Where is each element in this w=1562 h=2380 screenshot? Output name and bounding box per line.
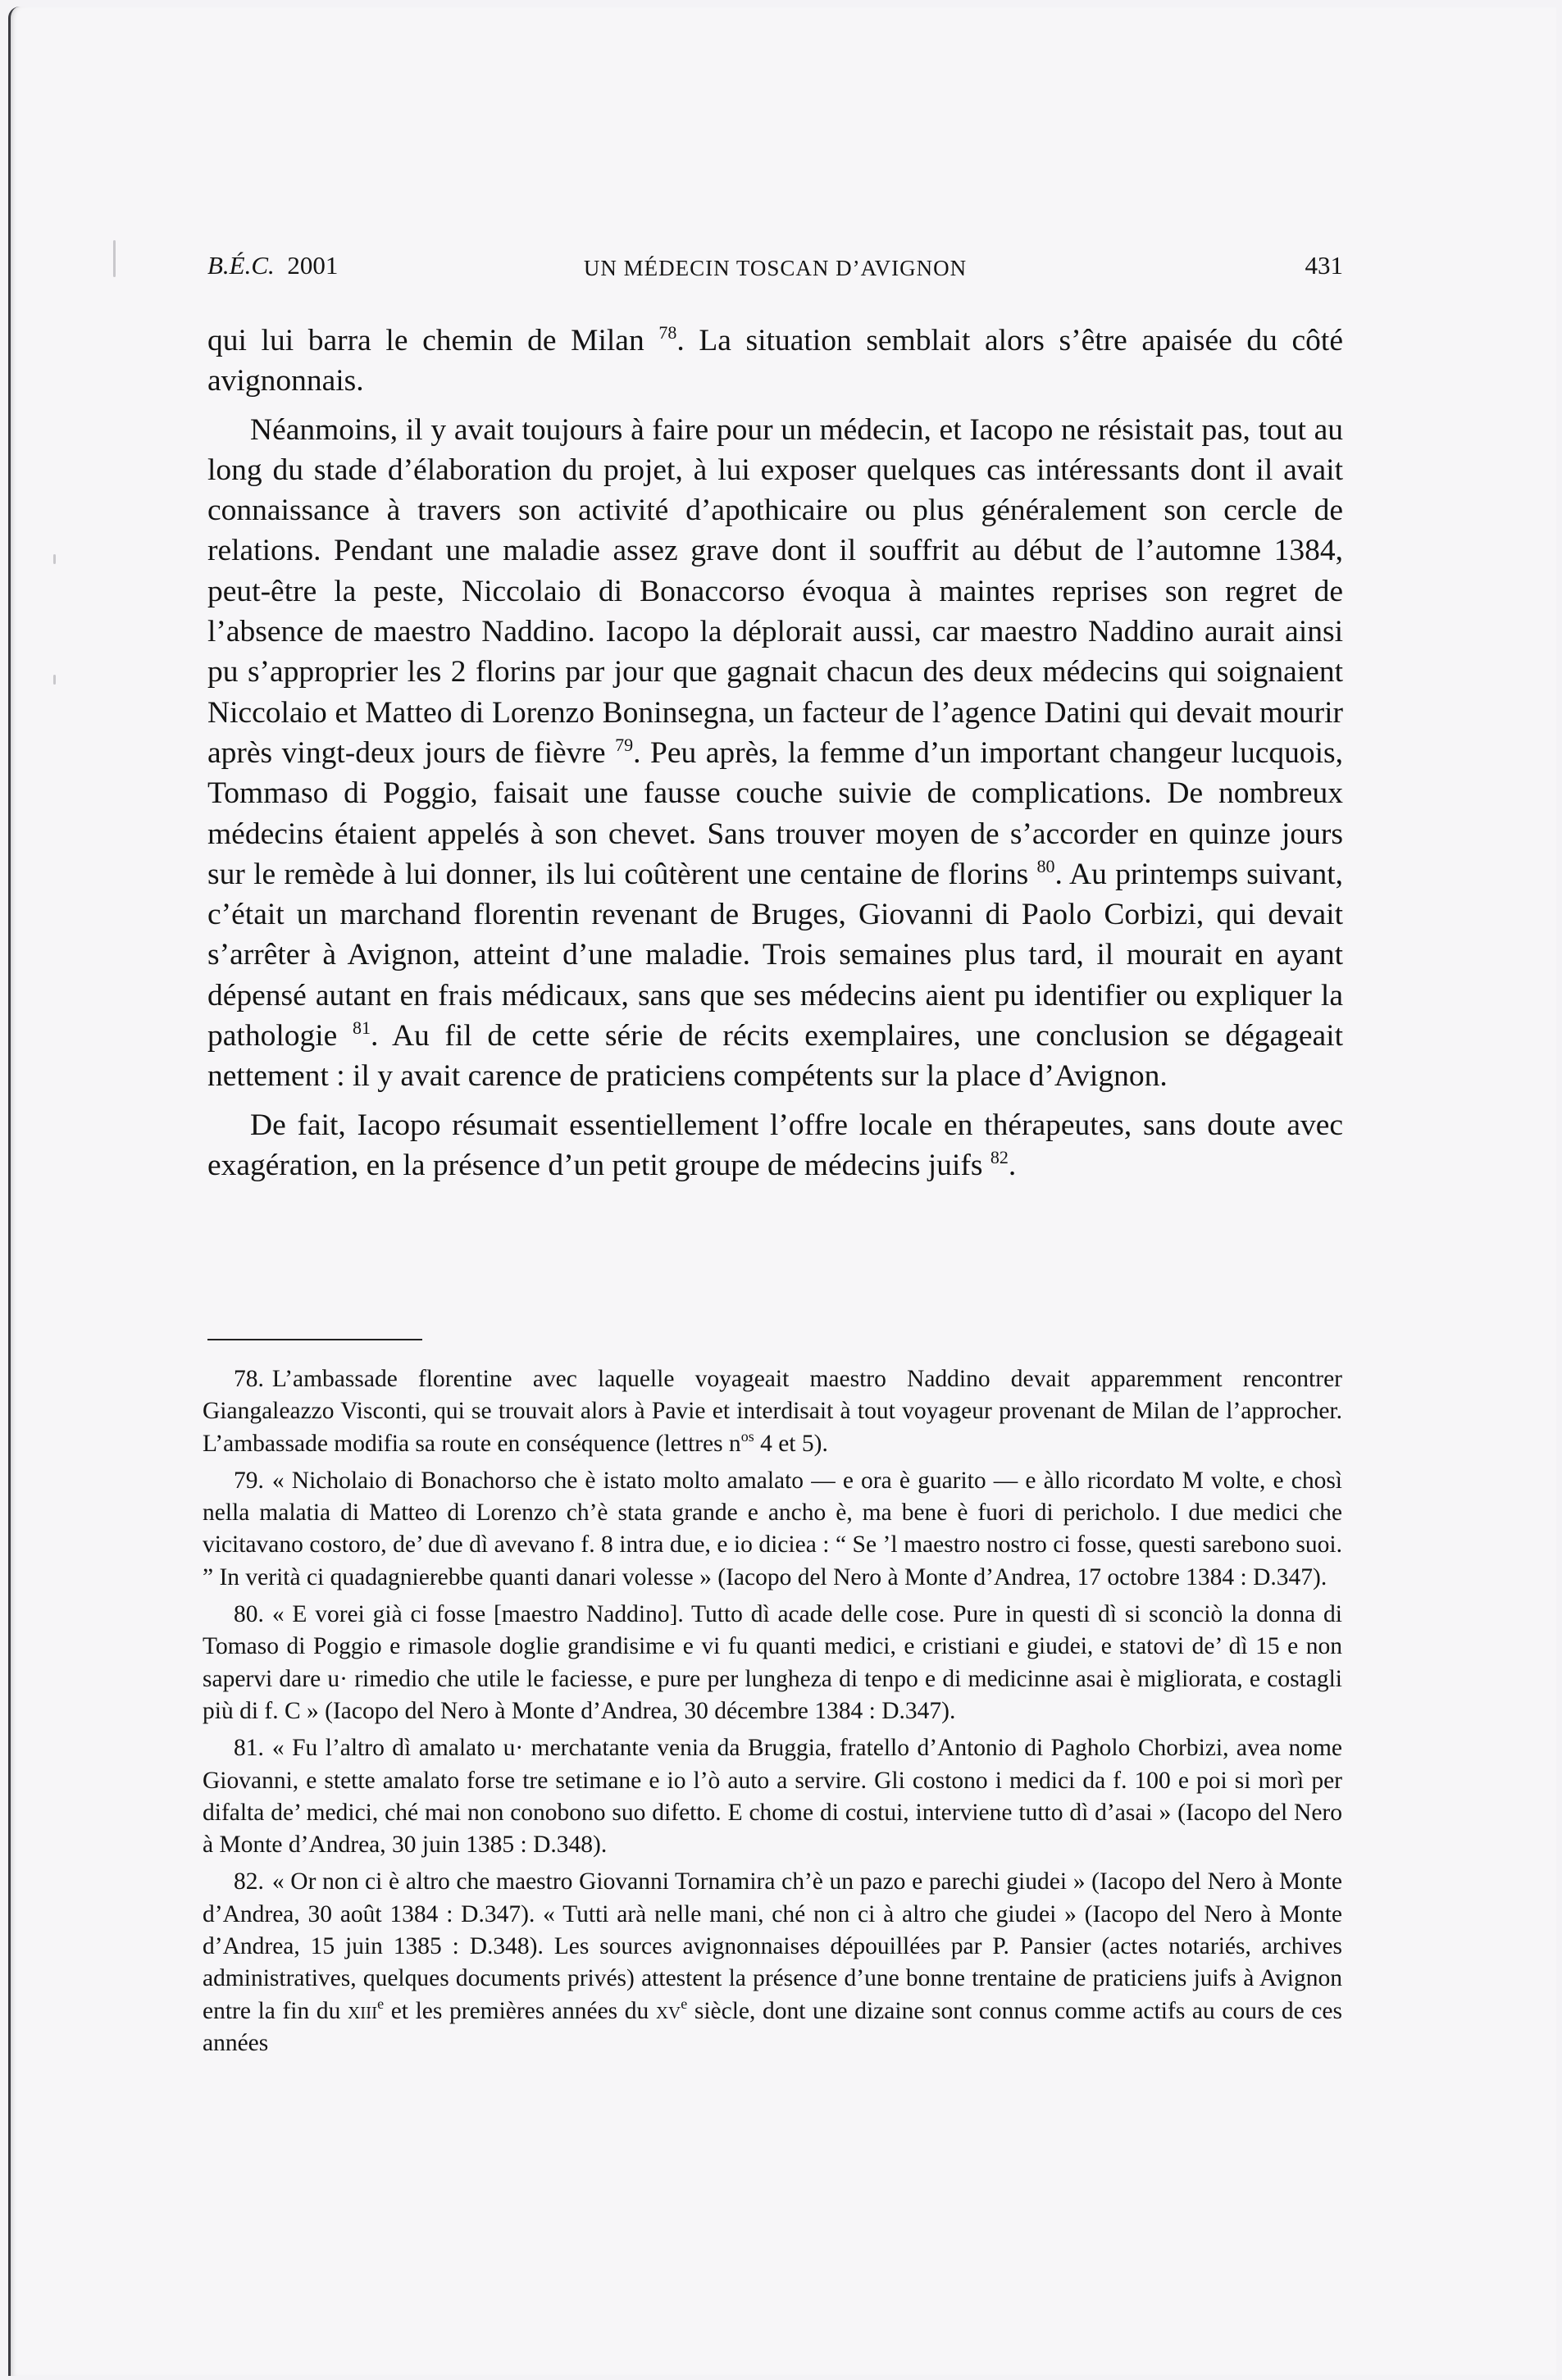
footnote-number: 82. [234, 1868, 264, 1895]
footnote-ref-78[interactable]: 78 [658, 322, 676, 343]
footnote-number: 81. [234, 1735, 264, 1761]
text-run: De fait, Iacopo résumait essentiellement… [207, 1108, 1343, 1182]
footnote-text: « Nicholaio di Bonachorso che è istato m… [203, 1468, 1342, 1590]
text-run: Néanmoins, il y avait toujours à faire p… [207, 413, 1343, 770]
footnote-number: 78. [234, 1366, 264, 1392]
century-numeral: xv [656, 1998, 681, 2024]
superscript: e [377, 1995, 384, 2012]
footnote-text: 4 et 5). [754, 1431, 828, 1457]
footnote-text: « Fu l’altro dì amalato u· merchatante v… [203, 1735, 1342, 1858]
margin-mark [113, 240, 116, 277]
century-numeral: xiii [348, 1998, 377, 2024]
footnote-79: 79.« Nicholaio di Bonachorso che è istat… [203, 1465, 1342, 1594]
main-text: qui lui barra le chemin de Milan 78. La … [207, 321, 1343, 1185]
footnote-text: et les premières années du [384, 1998, 656, 2024]
text-run: qui lui barra le chemin de Milan [207, 324, 658, 357]
footnote-ref-80[interactable]: 80 [1036, 856, 1054, 876]
footnote-ref-81[interactable]: 81 [353, 1017, 371, 1038]
paragraph-1: qui lui barra le chemin de Milan 78. La … [207, 321, 1343, 402]
footnote-ref-79[interactable]: 79 [615, 735, 633, 755]
text-run: . Au fil de cette série de récits exem­p… [207, 1019, 1343, 1093]
footnote-82: 82.« Or non ci è altro che maestro Giova… [203, 1866, 1342, 2059]
footnote-number: 79. [234, 1468, 264, 1494]
footnote-ref-82[interactable]: 82 [990, 1147, 1009, 1167]
footnotes: 78.L’ambassade florentine avec laquelle … [203, 1363, 1342, 2064]
footnote-80: 80.« E vorei già ci fosse [maestro Naddi… [203, 1599, 1342, 1727]
running-title: UN MÉDECIN TOSCAN D’AVIGNON [207, 256, 1343, 281]
footnote-separator [207, 1339, 422, 1340]
footnote-text: « E vorei già ci fosse [maestro Naddino]… [203, 1601, 1342, 1724]
paragraph-2: Néanmoins, il y avait toujours à faire p… [207, 410, 1343, 1097]
footnote-81: 81.« Fu l’altro dì amalato u· merchatant… [203, 1732, 1342, 1861]
running-head: B.É.C. 2001 UN MÉDECIN TOSCAN D’AVIGNON … [207, 244, 1343, 285]
footnote-78: 78.L’ambassade florentine avec laquelle … [203, 1363, 1342, 1460]
footnote-number: 80. [234, 1601, 264, 1627]
page-number: 431 [1305, 251, 1344, 280]
margin-mark [53, 675, 56, 685]
margin-mark [53, 554, 56, 564]
paragraph-3: De fait, Iacopo résumait essentiellement… [207, 1105, 1343, 1186]
scanned-page: B.É.C. 2001 UN MÉDECIN TOSCAN D’AVIGNON … [8, 7, 1556, 2376]
text-run: . [1009, 1149, 1016, 1182]
superscript: os [741, 1428, 754, 1445]
